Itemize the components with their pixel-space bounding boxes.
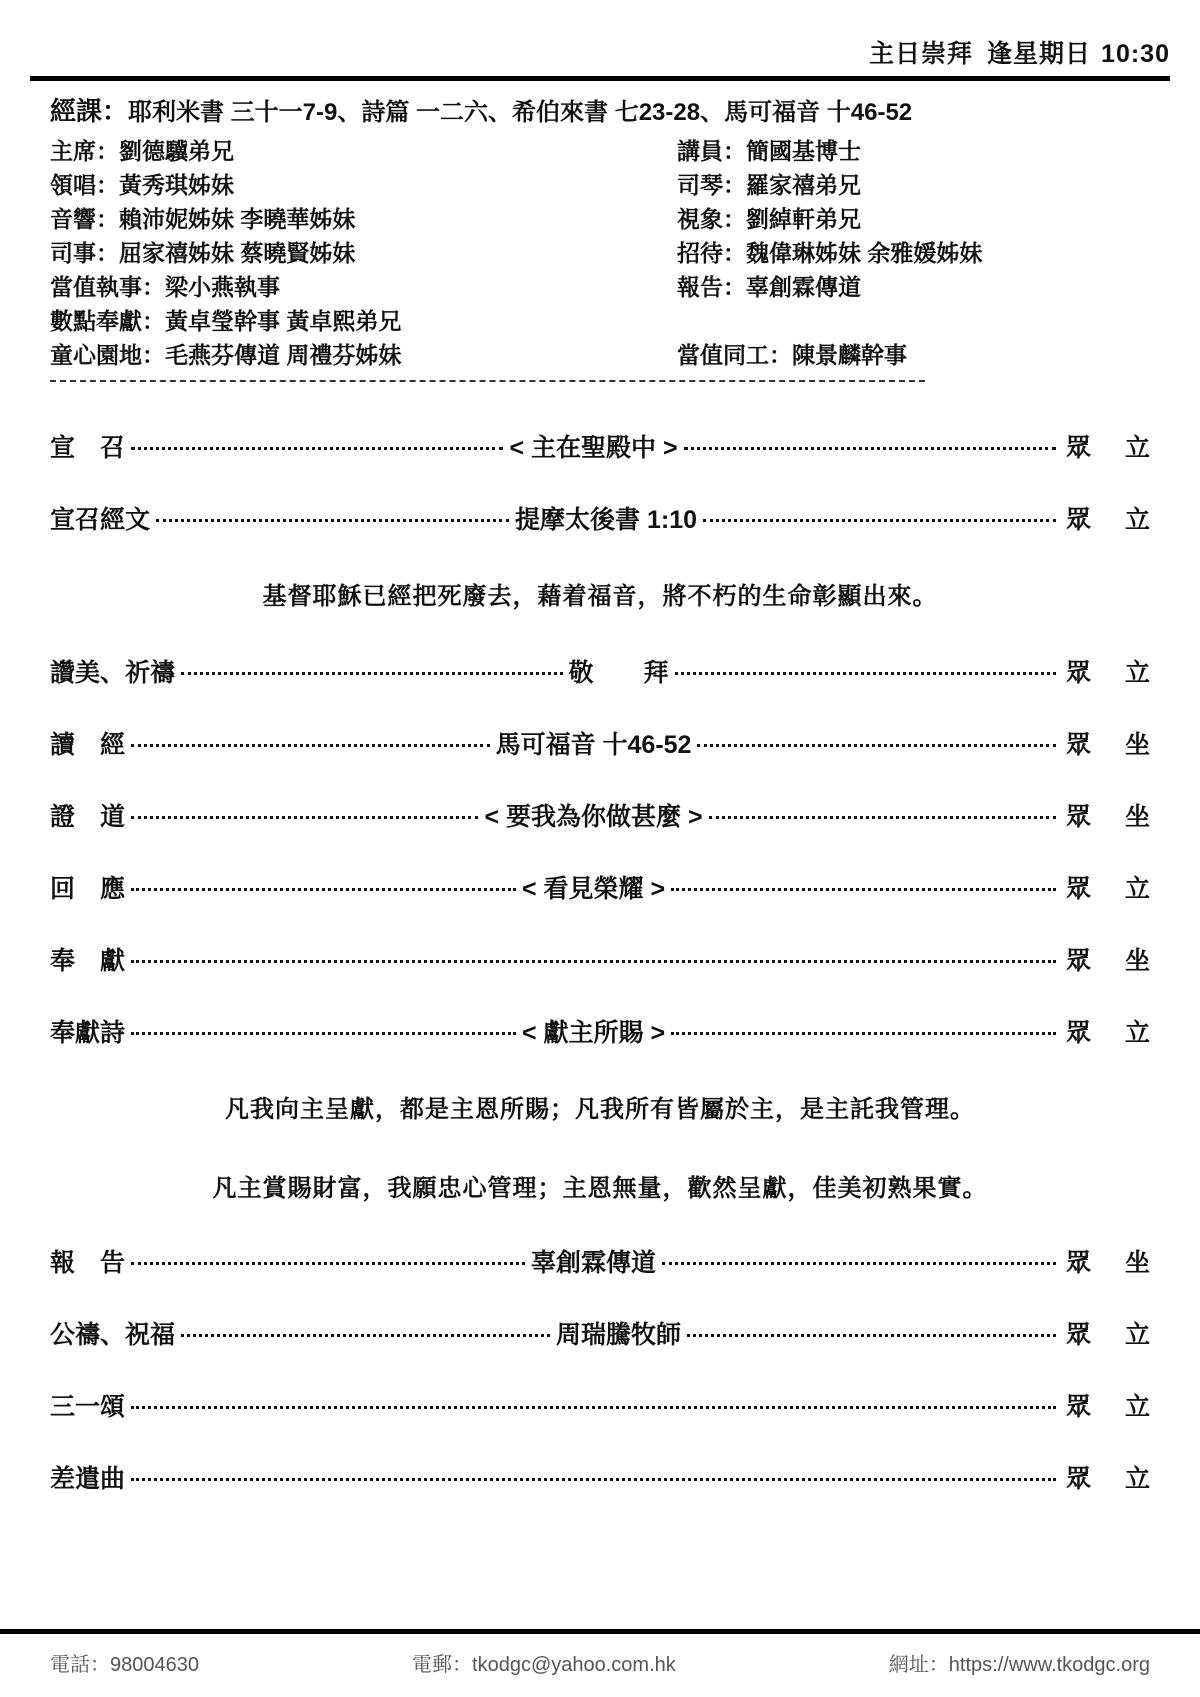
service-row-scripture-reading: 讀 經 馬可福音 十46-52 眾坐 — [50, 729, 1150, 761]
service-row-call-scripture: 宣召經文 提摩太後書 1:10 眾立 — [50, 504, 1150, 536]
role-label: 視象： — [677, 206, 746, 232]
posture-label: 立 — [1125, 1017, 1150, 1049]
role-value: 陳景麟幹事 — [792, 342, 907, 368]
email-label: 電郵： — [412, 1654, 472, 1676]
posture-label: 立 — [1125, 1391, 1150, 1423]
phone-label: 電話： — [50, 1654, 110, 1676]
congregation-label: 眾 — [1066, 504, 1091, 536]
roles-grid: 主席：劉德驥弟兄 講員：簡國基博士 領唱：黃秀琪姊妹 司琴：羅家禧弟兄 音響：賴… — [50, 134, 1150, 372]
dotted-leader — [671, 1032, 1056, 1035]
posture-indicator: 眾立 — [1066, 432, 1150, 464]
service-item-label: 讚美、祈禱 — [50, 657, 175, 689]
service-item-label: 宣召經文 — [50, 504, 150, 536]
role-cell: 司事：屈家禧姊妹 蔡曉賢姊妹 — [50, 236, 677, 270]
role-cell: 司琴：羅家禧弟兄 — [677, 168, 1150, 202]
service-time: 10:30 — [1101, 40, 1170, 68]
posture-indicator: 眾立 — [1066, 873, 1150, 905]
role-cell — [677, 304, 1150, 338]
lessons-label: 經課： — [50, 96, 128, 126]
service-item-center: 辜創霖傳道 — [531, 1247, 656, 1279]
posture-label: 坐 — [1125, 729, 1150, 761]
offering-verse-2: 凡主賞賜財富，我願忠心管理；主恩無量，歡然呈獻，佳美初熟果實。 — [50, 1168, 1150, 1203]
role-label: 司事： — [50, 240, 119, 266]
website-label: 網址： — [889, 1654, 949, 1676]
congregation-label: 眾 — [1066, 1319, 1091, 1351]
posture-indicator: 眾立 — [1066, 657, 1150, 689]
posture-label: 坐 — [1125, 945, 1150, 977]
role-cell: 數點奉獻：黃卓瑩幹事 黃卓熙弟兄 — [50, 304, 677, 338]
role-label: 音響： — [50, 206, 119, 232]
role-cell: 當值同工：陳景麟幹事 — [677, 338, 1150, 372]
role-value: 魏偉琳姊妹 余雅媛姊妹 — [746, 240, 982, 266]
role-value: 劉綽軒弟兄 — [746, 206, 861, 232]
lessons-text: 耶利米書 三十一7-9、詩篇 一二六、希伯來書 七23-28、馬可福音 十46-… — [128, 99, 912, 126]
dotted-leader — [131, 1478, 1056, 1481]
role-label: 報告： — [677, 274, 746, 300]
dotted-leader — [156, 519, 509, 522]
call-scripture-verse: 基督耶穌已經把死廢去，藉着福音，將不朽的生命彰顯出來。 — [50, 576, 1150, 611]
service-row-prayer-benediction: 公禱、祝福 周瑞騰牧師 眾立 — [50, 1319, 1150, 1351]
dotted-leader — [131, 1406, 1056, 1409]
role-label: 當值執事： — [50, 274, 165, 300]
role-label: 數點奉獻： — [50, 308, 165, 334]
role-value: 劉德驥弟兄 — [119, 138, 234, 164]
dotted-leader — [709, 816, 1056, 819]
header-rule — [30, 76, 1170, 81]
role-label: 童心園地： — [50, 342, 165, 368]
role-value: 梁小燕執事 — [165, 274, 280, 300]
page-footer: 電話：98004630 電郵：tkodgc@yahoo.com.hk 網址：ht… — [0, 1629, 1200, 1697]
service-row-sending-song: 差遣曲 眾立 — [50, 1463, 1150, 1495]
dashed-separator — [50, 380, 925, 382]
dotted-leader — [697, 744, 1056, 747]
role-cell: 當值執事：梁小燕執事 — [50, 270, 677, 304]
role-cell: 主席：劉德驥弟兄 — [50, 134, 677, 168]
footer-email: 電郵：tkodgc@yahoo.com.hk — [412, 1648, 676, 1677]
dotted-leader — [131, 1262, 525, 1265]
posture-label: 立 — [1125, 1319, 1150, 1351]
congregation-label: 眾 — [1066, 1391, 1091, 1423]
dotted-leader — [131, 447, 503, 450]
service-item-label: 差遣曲 — [50, 1463, 125, 1495]
service-row-sermon: 證 道 < 要我為你做甚麼 > 眾坐 — [50, 801, 1150, 833]
dotted-leader — [662, 1262, 1056, 1265]
posture-label: 坐 — [1125, 801, 1150, 833]
posture-indicator: 眾坐 — [1066, 1247, 1150, 1279]
dotted-leader — [687, 1334, 1056, 1337]
role-cell: 領唱：黃秀琪姊妹 — [50, 168, 677, 202]
dotted-leader — [181, 1334, 550, 1337]
dotted-leader — [181, 672, 562, 675]
dotted-leader — [675, 672, 1056, 675]
posture-indicator: 眾坐 — [1066, 729, 1150, 761]
service-row-announcements: 報 告 辜創霖傳道 眾坐 — [50, 1247, 1150, 1279]
posture-label: 立 — [1125, 432, 1150, 464]
congregation-label: 眾 — [1066, 729, 1091, 761]
service-row-doxology: 三一頌 眾立 — [50, 1391, 1150, 1423]
service-item-label: 宣 召 — [50, 432, 125, 464]
congregation-label: 眾 — [1066, 945, 1091, 977]
service-row-praise-prayer: 讚美、祈禱 敬 拜 眾立 — [50, 657, 1150, 689]
service-row-response: 回 應 < 看見榮耀 > 眾立 — [50, 873, 1150, 905]
role-label: 司琴： — [677, 172, 746, 198]
posture-label: 立 — [1125, 504, 1150, 536]
email-value: tkodgc@yahoo.com.hk — [472, 1654, 676, 1676]
service-item-center: 周瑞騰牧師 — [556, 1319, 681, 1351]
role-label: 領唱： — [50, 172, 119, 198]
service-item-center: 馬可福音 十46-52 — [496, 729, 692, 761]
service-row-call: 宣 召 < 主在聖殿中 > 眾立 — [50, 432, 1150, 464]
dotted-leader — [684, 447, 1056, 450]
posture-indicator: 眾立 — [1066, 504, 1150, 536]
service-item-center: 敬 拜 — [569, 657, 669, 689]
role-cell: 視象：劉綽軒弟兄 — [677, 202, 1150, 236]
posture-indicator: 眾立 — [1066, 1319, 1150, 1351]
role-cell: 講員：簡國基博士 — [677, 134, 1150, 168]
posture-indicator: 眾立 — [1066, 1017, 1150, 1049]
dotted-leader — [131, 888, 516, 891]
congregation-label: 眾 — [1066, 657, 1091, 689]
role-value: 簡國基博士 — [746, 138, 861, 164]
dotted-leader — [131, 744, 490, 747]
service-item-center: < 主在聖殿中 > — [509, 432, 677, 464]
role-label: 招待： — [677, 240, 746, 266]
service-item-label: 報 告 — [50, 1247, 125, 1279]
service-item-label: 證 道 — [50, 801, 125, 833]
role-cell: 招待：魏偉琳姊妹 余雅媛姊妹 — [677, 236, 1150, 270]
role-value: 辜創霖傳道 — [746, 274, 861, 300]
role-label: 主席： — [50, 138, 119, 164]
congregation-label: 眾 — [1066, 801, 1091, 833]
service-title: 主日崇拜 — [869, 40, 973, 68]
footer-phone: 電話：98004630 — [50, 1648, 199, 1677]
posture-indicator: 眾坐 — [1066, 801, 1150, 833]
role-cell: 童心園地：毛燕芬傳道 周禮芬姊妹 — [50, 338, 677, 372]
posture-label: 立 — [1125, 1463, 1150, 1495]
role-label: 當值同工： — [677, 342, 792, 368]
service-item-center: < 獻主所賜 > — [522, 1017, 665, 1049]
dotted-leader — [703, 519, 1056, 522]
service-item-label: 公禱、祝福 — [50, 1319, 175, 1351]
role-value: 羅家禧弟兄 — [746, 172, 861, 198]
congregation-label: 眾 — [1066, 432, 1091, 464]
role-value: 賴沛妮姊妹 李曉華姊妹 — [119, 206, 355, 232]
dotted-leader — [131, 960, 1056, 963]
posture-indicator: 眾坐 — [1066, 945, 1150, 977]
congregation-label: 眾 — [1066, 1017, 1091, 1049]
order-of-service: 宣 召 < 主在聖殿中 > 眾立 宣召經文 提摩太後書 1:10 眾立 基督耶穌… — [50, 432, 1150, 1495]
dotted-leader — [131, 816, 478, 819]
role-label: 講員： — [677, 138, 746, 164]
bulletin-page: 主日崇拜逢星期日10:30 經課：耶利米書 三十一7-9、詩篇 一二六、希伯來書… — [0, 0, 1200, 1697]
page-header: 主日崇拜逢星期日10:30 — [0, 0, 1200, 70]
scripture-lessons-line: 經課：耶利米書 三十一7-9、詩篇 一二六、希伯來書 七23-28、馬可福音 十… — [50, 91, 1150, 128]
role-value: 屈家禧姊妹 蔡曉賢姊妹 — [119, 240, 355, 266]
role-cell: 音響：賴沛妮姊妹 李曉華姊妹 — [50, 202, 677, 236]
congregation-label: 眾 — [1066, 873, 1091, 905]
service-item-label: 奉 獻 — [50, 945, 125, 977]
offering-verse-1: 凡我向主呈獻，都是主恩所賜；凡我所有皆屬於主，是主託我管理。 — [50, 1089, 1150, 1124]
congregation-label: 眾 — [1066, 1463, 1091, 1495]
dotted-leader — [671, 888, 1056, 891]
posture-label: 坐 — [1125, 1247, 1150, 1279]
posture-label: 立 — [1125, 873, 1150, 905]
role-value: 黃卓瑩幹事 黃卓熙弟兄 — [165, 308, 401, 334]
dotted-leader — [131, 1032, 516, 1035]
service-item-center: < 要我為你做甚麼 > — [484, 801, 702, 833]
posture-indicator: 眾立 — [1066, 1463, 1150, 1495]
service-item-label: 回 應 — [50, 873, 125, 905]
footer-website: 網址：https://www.tkodgc.org — [889, 1648, 1150, 1677]
role-value: 毛燕芬傳道 周禮芬姊妹 — [165, 342, 401, 368]
posture-indicator: 眾立 — [1066, 1391, 1150, 1423]
service-schedule: 逢星期日 — [987, 40, 1091, 68]
service-item-label: 讀 經 — [50, 729, 125, 761]
service-item-center: 提摩太後書 1:10 — [515, 504, 697, 536]
website-value: https://www.tkodgc.org — [949, 1654, 1150, 1676]
posture-label: 立 — [1125, 657, 1150, 689]
role-value: 黃秀琪姊妹 — [119, 172, 234, 198]
service-item-label: 奉獻詩 — [50, 1017, 125, 1049]
service-row-offering-hymn: 奉獻詩 < 獻主所賜 > 眾立 — [50, 1017, 1150, 1049]
service-item-center: < 看見榮耀 > — [522, 873, 665, 905]
phone-value: 98004630 — [110, 1654, 199, 1676]
service-item-label: 三一頌 — [50, 1391, 125, 1423]
role-cell: 報告：辜創霖傳道 — [677, 270, 1150, 304]
service-row-offering: 奉 獻 眾坐 — [50, 945, 1150, 977]
congregation-label: 眾 — [1066, 1247, 1091, 1279]
